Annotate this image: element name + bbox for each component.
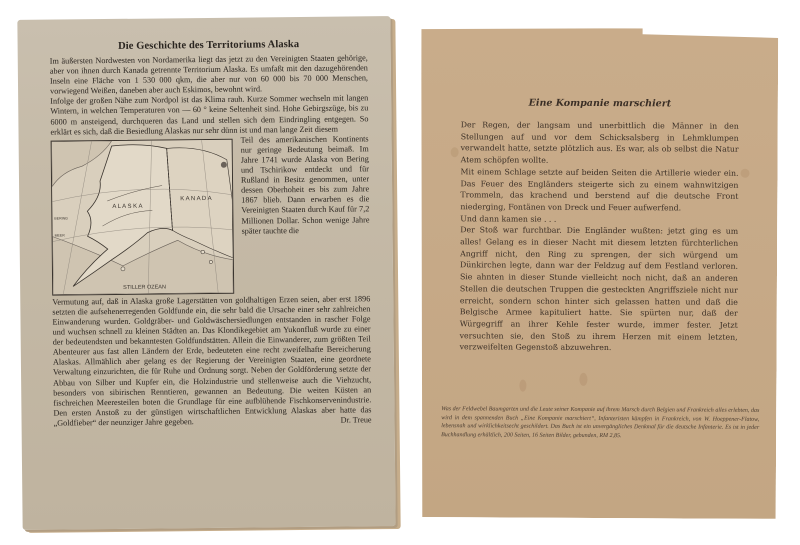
article-title: Die Geschichte des Territoriums Alaska bbox=[50, 38, 368, 52]
excerpt-paragraph: Der Regen, der langsam und unerbittlich … bbox=[461, 119, 739, 167]
paper-stain bbox=[741, 169, 750, 178]
article-body: Im äußersten Nordwesten von Nordamerika … bbox=[50, 53, 372, 428]
article-intro: Im äußersten Nordwesten von Nordamerika … bbox=[50, 53, 368, 97]
excerpt-paragraph: Mit einem Schlage setzte auf beiden Seit… bbox=[460, 166, 738, 214]
left-page-content: Die Geschichte des Territoriums Alaska I… bbox=[50, 38, 372, 428]
paper-stain bbox=[451, 147, 459, 157]
map-label-bering: BERING bbox=[54, 216, 68, 220]
article-after-map: Vermutung auf, daß in Alaska große Lager… bbox=[52, 294, 371, 429]
paper-stain bbox=[519, 380, 526, 392]
article-climate: Infolge der großen Nähe zum Nordpol ist … bbox=[50, 94, 368, 138]
map-label-alaska: A L A S K A bbox=[112, 203, 142, 209]
right-page-content: Eine Kompanie marschiert Der Regen, der … bbox=[460, 97, 739, 355]
excerpt-paragraph: Der Stoß war furchtbar. Die Engländer wu… bbox=[460, 225, 739, 355]
right-page-kompanie-excerpt: Eine Kompanie marschiert Der Regen, der … bbox=[419, 27, 779, 519]
book-advertisement: Was der Feldwebel Baumgarten und die Leu… bbox=[441, 405, 759, 441]
alaska-map: A L A S K A K A N A D A STILLER OZEAN BE… bbox=[51, 138, 235, 295]
map-label-kanada: K A N A D A bbox=[180, 196, 211, 202]
paper-stain bbox=[579, 373, 587, 386]
excerpt-body: Der Regen, der langsam und unerbittlich … bbox=[460, 119, 739, 355]
map-label-meer: MEER bbox=[55, 233, 66, 237]
excerpt-title: Eine Kompanie marschiert bbox=[461, 97, 739, 109]
map-illustration-icon: A L A S K A K A N A D A STILLER OZEAN BE… bbox=[52, 139, 234, 294]
left-page-alaska-article: Die Geschichte des Territoriums Alaska I… bbox=[17, 16, 395, 530]
map-label-ocean: STILLER OZEAN bbox=[123, 284, 166, 290]
